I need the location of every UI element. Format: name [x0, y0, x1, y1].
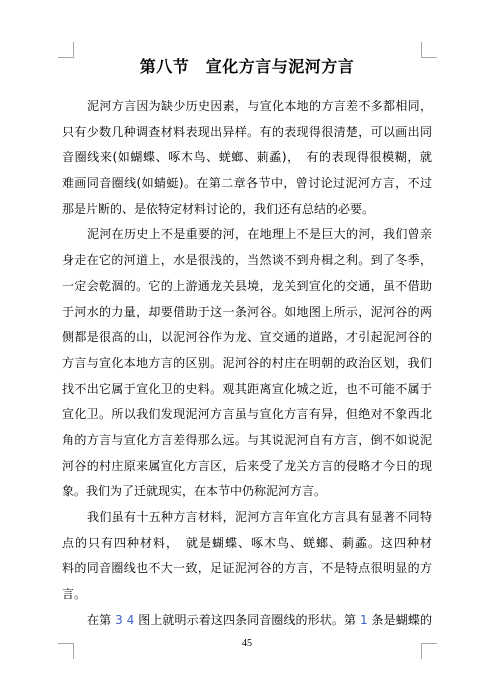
text-line: 一定会乾涸的。它的上游通龙关县境，龙关到宣化的交通，虽不借助 — [62, 274, 432, 300]
text-line: 音圈线来(如蝴蝶、啄木鸟、蜣螂、莿蟊)， 有的表现得很模糊，就 — [62, 145, 432, 171]
text-run: 于河水的力量，却要借助于这一条河谷。如地图上所示，泥河谷的两 — [62, 305, 432, 319]
text-run: 泥河方言因为缺少历史因素，与宣化本地的方言差不多都相同， — [87, 99, 432, 113]
figure-number: 1 — [360, 613, 368, 627]
text-run: 在第 — [87, 613, 115, 627]
text-run: 我们虽有十五种方言材料，泥河方言年宣化方言具有显著不同特 — [87, 510, 432, 524]
text-line: 于河水的力量，却要借助于这一条河谷。如地图上所示，泥河谷的两 — [62, 300, 432, 326]
text-run: 只有少数几种调查材料表现出异样。有的表现得很清楚，可以画出同 — [62, 125, 432, 139]
text-run: 方言与宣化本地方言的区别。泥河谷的村庄在明朝的政治区划，我们 — [62, 356, 432, 370]
text-line: 泥河在历史上不是重要的河，在地理上不是巨大的河，我们曾亲 — [62, 222, 432, 248]
text-run: 身走在它的河道上，水是很浅的，当然谈不到舟楫之利。到了冬季， — [62, 253, 432, 267]
text-run: 那是片断的、是依特定材料讨论的，我们还有总结的必要。 — [62, 202, 374, 216]
text-line: 找不出它属于宣化卫的史料。观其距离宣化城之近，也不可能不属于 — [62, 377, 432, 403]
text-line: 宣化卫。所以我们发现泥河方言虽与宣化方言有异，但绝对不象西北 — [62, 402, 432, 428]
document-page: 第八节 宣化方言与泥河方言 泥河方言因为缺少历史因素，与宣化本地的方言差不多都相… — [0, 0, 494, 700]
text-line: 我们虽有十五种方言材料，泥河方言年宣化方言具有显著不同特 — [62, 505, 432, 531]
text-run: 河谷的村庄原来属宣化方言区，后来受了龙关方言的侵略才今日的现 — [62, 459, 432, 473]
text-run: 言。 — [62, 587, 86, 601]
text-run: 侧都是很高的山，以泥河谷作为龙、宣交通的道路，才引起泥河谷的 — [62, 330, 432, 344]
paragraph: 在第 3 4 图上就明示着这四条同音圈线的形状。第 1 条是蝴蝶的 — [62, 608, 432, 634]
paragraph: 泥河方言因为缺少历史因素，与宣化本地的方言差不多都相同，只有少数几种调查材料表现… — [62, 94, 432, 222]
text-line: 角的方言与宣化方言差得那么远。与其说泥河自有方言，倒不如说泥 — [62, 428, 432, 454]
section-title: 第八节 宣化方言与泥河方言 — [62, 54, 432, 80]
text-run: 料的同音圈线也不大一致，足证泥河谷的方言，不是特点很明显的方 — [62, 561, 432, 575]
page-number: 45 — [0, 638, 494, 649]
text-run: 难画同音圈线(如蜻蜓)。在第二章各节中，曾讨论过泥河方言，不过 — [62, 176, 432, 190]
text-line: 难画同音圈线(如蜻蜓)。在第二章各节中，曾讨论过泥河方言，不过 — [62, 171, 432, 197]
text-line: 方言与宣化本地方言的区别。泥河谷的村庄在明朝的政治区划，我们 — [62, 351, 432, 377]
paragraph: 我们虽有十五种方言材料，泥河方言年宣化方言具有显著不同特点的只有四种材料， 就是… — [62, 505, 432, 608]
figure-number: 3 4 — [115, 613, 134, 627]
text-line: 泥河方言因为缺少历史因素，与宣化本地的方言差不多都相同， — [62, 94, 432, 120]
text-line: 身走在它的河道上，水是很浅的，当然谈不到舟楫之利。到了冬季， — [62, 248, 432, 274]
text-line: 点的只有四种材料， 就是蝴蝶、啄木鸟、蜣螂、莿蟊。这四种材 — [62, 531, 432, 557]
body-text: 泥河方言因为缺少历史因素，与宣化本地的方言差不多都相同，只有少数几种调查材料表现… — [62, 94, 432, 633]
text-run: 象。我们为了迁就现实，在本节中仍称泥河方言。 — [62, 484, 326, 498]
text-line: 侧都是很高的山，以泥河谷作为龙、宣交通的道路，才引起泥河谷的 — [62, 325, 432, 351]
text-area: 第八节 宣化方言与泥河方言 泥河方言因为缺少历史因素，与宣化本地的方言差不多都相… — [62, 54, 432, 633]
text-run: 角的方言与宣化方言差得那么远。与其说泥河自有方言，倒不如说泥 — [62, 433, 432, 447]
text-run: 图上就明示着这四条同音圈线的形状。第 — [134, 613, 360, 627]
text-line: 河谷的村庄原来属宣化方言区，后来受了龙关方言的侵略才今日的现 — [62, 454, 432, 480]
text-run: 找不出它属于宣化卫的史料。观其距离宣化城之近，也不可能不属于 — [62, 382, 432, 396]
text-line: 象。我们为了迁就现实，在本节中仍称泥河方言。 — [62, 479, 432, 505]
text-run: 一定会乾涸的。它的上游通龙关县境，龙关到宣化的交通，虽不借助 — [62, 279, 432, 293]
text-run: 泥河在历史上不是重要的河，在地理上不是巨大的河，我们曾亲 — [87, 227, 432, 241]
text-line: 在第 3 4 图上就明示着这四条同音圈线的形状。第 1 条是蝴蝶的 — [62, 608, 432, 634]
text-line: 只有少数几种调查材料表现出异样。有的表现得很清楚，可以画出同 — [62, 120, 432, 146]
text-line: 言。 — [62, 582, 432, 608]
text-run: 条是蝴蝶的 — [368, 613, 432, 627]
text-run: 点的只有四种材料， 就是蝴蝶、啄木鸟、蜣螂、莿蟊。这四种材 — [62, 536, 432, 550]
text-run: 宣化卫。所以我们发现泥河方言虽与宣化方言有异，但绝对不象西北 — [62, 407, 432, 421]
text-run: 音圈线来(如蝴蝶、啄木鸟、蜣螂、莿蟊)， 有的表现得很模糊，就 — [62, 150, 432, 164]
text-line: 料的同音圈线也不大一致，足证泥河谷的方言，不是特点很明显的方 — [62, 556, 432, 582]
text-line: 那是片断的、是依特定材料讨论的，我们还有总结的必要。 — [62, 197, 432, 223]
paragraph: 泥河在历史上不是重要的河，在地理上不是巨大的河，我们曾亲身走在它的河道上，水是很… — [62, 222, 432, 505]
